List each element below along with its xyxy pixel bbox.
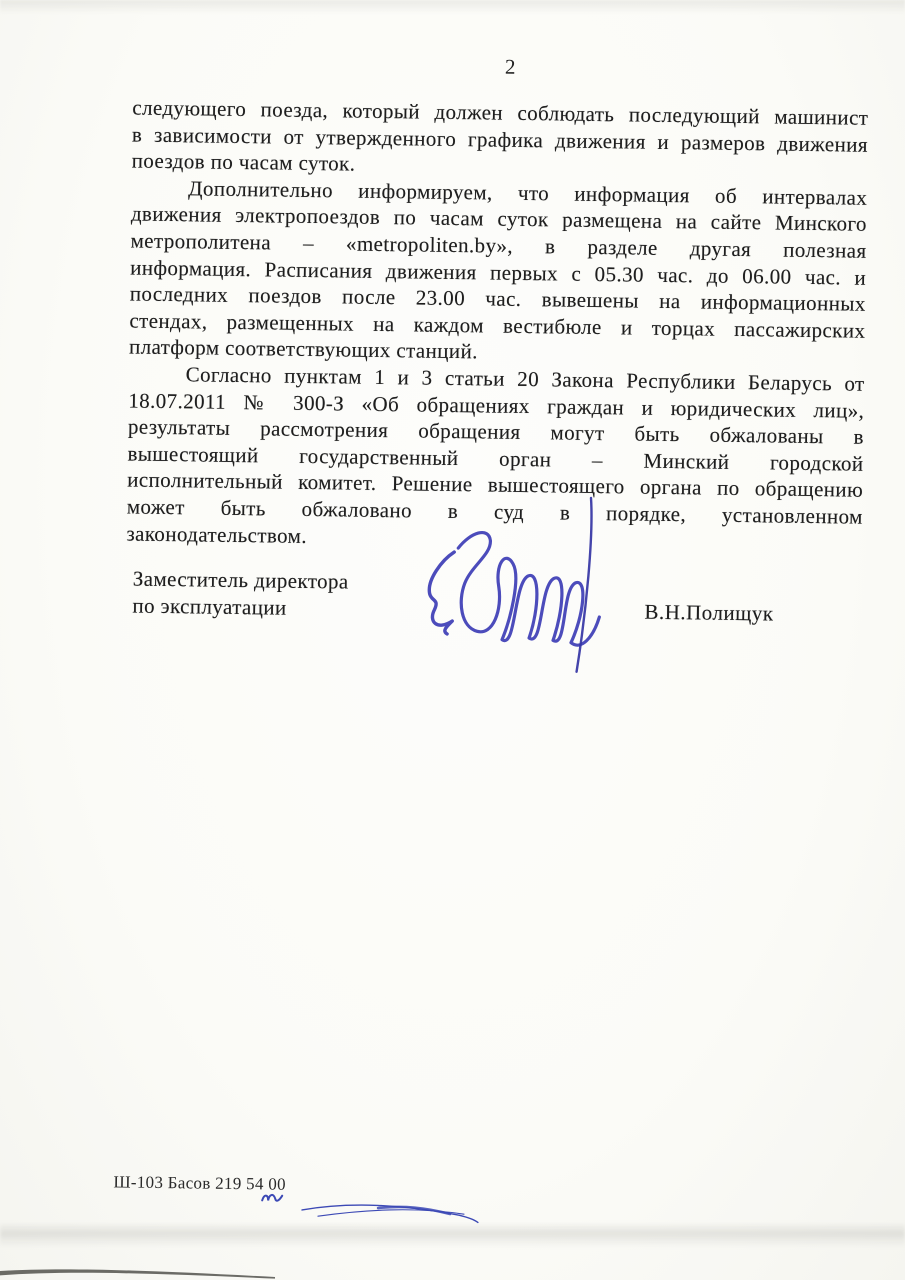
paper-edge-artifact (0, 1266, 300, 1280)
scan-smudge-top (0, 0, 905, 14)
scan-smudge-bottom (0, 1222, 905, 1248)
document-body: следующего поезда, который должен соблюд… (126, 94, 868, 556)
scanned-document-page: 2 следующего поезда, который должен собл… (0, 0, 905, 1280)
signatory-name: В.Н.Полищук (644, 600, 773, 627)
signatory-title-line2: по эксплуатации (132, 592, 348, 622)
signatory-title-line1: Заместитель директора (133, 566, 349, 596)
signatory-title: Заместитель директора по эксплуатации (132, 566, 349, 622)
handwritten-signature-scribble (411, 489, 619, 677)
scan-tilt-layer: 2 следующего поезда, который должен собл… (0, 0, 905, 1280)
page-number: 2 (505, 55, 516, 80)
